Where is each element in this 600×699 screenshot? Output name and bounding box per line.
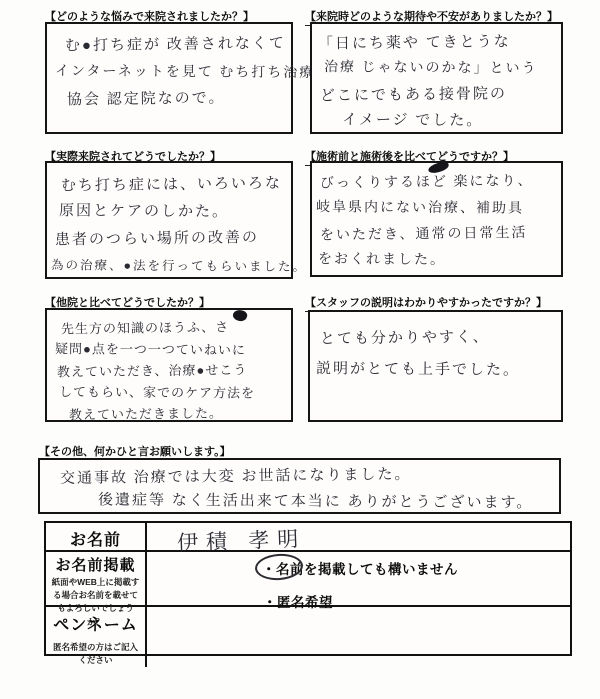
name-value-cell: 伊積 孝明 — [147, 523, 570, 552]
answer-line: 疑問●点を一つ一つていねいに — [55, 338, 291, 361]
name-header: お名前 — [46, 527, 145, 550]
answer-box-before-after: びっくりするほど 楽になり、 岐阜県内にない治療、補助具 をいただき、通常の日常… — [310, 161, 563, 277]
answer-line: む●打ち症が 改善されなくて — [65, 31, 291, 61]
answer-line: 岐阜県内にない治療、補助具 — [316, 195, 561, 223]
answer-box-concern: む●打ち症が 改善されなくて インターネットを見て むち打ち治療 協会 認定院な… — [45, 22, 293, 134]
penname-header-cell: ペンネーム 匿名希望の方はご記入ください — [46, 607, 147, 667]
final-comment-box: 交通事故 治療では大変 お世話になりました。 後遺症等 なく生活出来て本当に あ… — [38, 458, 561, 514]
answer-box-vs-other-clinics: 先生方の知識のほうふ、さ 疑問●点を一つ一つていねいに 教えていただき、治療●せ… — [45, 308, 293, 422]
penname-subtext: 匿名希望の方はご記入ください — [46, 641, 145, 667]
selection-circle — [254, 552, 304, 581]
answer-line: 為の治療、●法を行ってもらいました。 — [51, 252, 291, 281]
answer-line: 患者のつらい場所の改善の — [55, 225, 291, 255]
answer-line: をいただき、通常の日常生活 — [320, 221, 561, 250]
answer-line: とても分かりやすく、 — [320, 321, 561, 356]
answer-line: 後遺症等 なく生活出来て本当に ありがとうございます。 — [98, 487, 559, 516]
name-table: お名前 伊積 孝明 お名前掲載 紙面やWEB上に掲載する場合お名前を載せてもよろ… — [44, 521, 572, 656]
answer-line: 協会 認定院なので。 — [67, 85, 291, 115]
penname-header: ペンネーム — [46, 612, 145, 635]
publish-header-cell: お名前掲載 紙面やWEB上に掲載する場合お名前を載せてもよろしいでしょうか？ — [46, 552, 147, 607]
answer-line: びっくりするほど 楽になり、 — [320, 169, 561, 198]
answer-box-visit-impression: むち打ち症には、いろいろな 原因とケアのしかた。 患者のつらい場所の改善の 為の… — [45, 161, 293, 279]
penname-value-cell — [147, 607, 570, 667]
option-allow-name: ・名前を掲載しても構いません — [262, 558, 570, 578]
answer-line: 教えていただき、治療●せこう — [57, 359, 291, 383]
answer-box-staff-explanation: とても分かりやすく、 説明がとても上手でした。 — [308, 310, 563, 422]
answer-line: インターネットを見て むち打ち治療 — [55, 58, 291, 87]
answer-line: イメージ でした。 — [342, 107, 561, 135]
answer-line: 治療 じゃないのかな」という — [324, 55, 561, 83]
answer-line: してもらい、家でのケア方法を — [59, 381, 291, 404]
answer-line: どこにでもある接骨院の — [320, 81, 561, 110]
answer-line: 説明がとても上手でした。 — [316, 353, 561, 387]
answer-line: をおくれました。 — [318, 247, 561, 275]
answer-box-expectation: 「日にち薬や てきとうな 治療 じゃないのかな」という どこにでもある接骨院の … — [310, 22, 563, 134]
answer-line: 教えていただきました。 — [69, 402, 291, 426]
answer-line: 原因とケアのしかた。 — [59, 198, 291, 227]
publish-header: お名前掲載 — [46, 554, 145, 575]
questionnaire-page: 【どのような悩みで来院されましたか？】 む●打ち症が 改善されなくて インターネ… — [0, 0, 600, 699]
publish-options-cell: ・名前を掲載しても構いません ・匿名希望 — [147, 552, 570, 607]
answer-line: むち打ち症には、いろいろな — [61, 171, 291, 201]
answer-line: 先生方の知識のほうふ、さ — [61, 316, 291, 340]
answer-line: 「日にち薬や てきとうな — [318, 29, 561, 58]
name-header-cell: お名前 — [46, 523, 147, 552]
